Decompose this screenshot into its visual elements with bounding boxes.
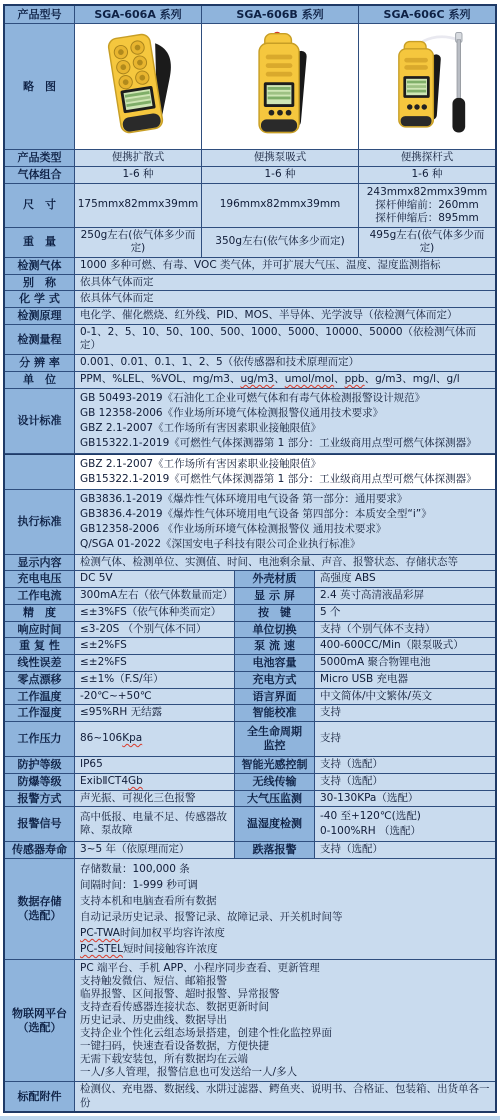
row-data-storage: 数据存储 （选配） 存储数量：100,000 条 间隔时间：1-999 秒可调 … <box>5 859 495 960</box>
spellcheck-marked-text: Gb <box>128 775 143 789</box>
model-name-sga-606a: SGA-606A 系列 <box>75 6 202 23</box>
row-label-charge-voltage: 充电电压 <box>5 571 75 587</box>
dimensions-b: 196mmx82mmx39mm <box>202 184 359 227</box>
display-screen-value: 2.4 英寸高清液晶彩屏 <box>315 588 495 604</box>
model-name-sga-606c: SGA-606C 系列 <box>359 6 495 23</box>
row-product-type: 产品类型 便携扩散式 便携泵吸式 便携探杆式 <box>5 150 495 167</box>
row-label-explosion-proof-rating: 防爆等级 <box>5 774 75 790</box>
text-segment: 、 <box>334 373 345 387</box>
standard-line: GB15322.1-2019《可燃性气体探测器第 1 部分：工业级商用点型可燃气… <box>80 436 490 451</box>
page-bottom-strip <box>0 1116 500 1120</box>
explosion-proof-rating-value: ExibⅡCT4 Gb <box>75 774 235 790</box>
alarm-signal-value: 高中低报、电量不足、传感器故障、泵故障 <box>75 807 235 841</box>
detect-principle-value: 电化学、催化燃烧、红外线、PID、MOS、半导体、光学波导（依检测气体而定） <box>75 308 495 324</box>
battery-capacity-value: 5000mA 聚合物锂电池 <box>315 655 495 671</box>
spellcheck-marked-text: Kpa <box>122 732 142 746</box>
spellcheck-marked-text: PC-TWA <box>80 927 120 939</box>
resolution-value: 0.001、0.01、0.1、1、2、5（依传感器和技术原理而定） <box>75 355 495 371</box>
display-content-value: 检测气体、检测单位、实测值、时间、电池剩余量、声音、报警状态、存储状态等 <box>75 555 495 571</box>
spellcheck-marked-text: umol/mol <box>285 373 334 387</box>
storage-line: 自动记录历史记录、报警记录、故障记录、开关机时间等 <box>80 909 490 925</box>
standard-line: GB 50493-2019《石油化工企业可燃气体和有毒气体检测报警设计规范》 <box>80 391 490 406</box>
row-label-wireless-transmission: 无线传输 <box>235 774 315 790</box>
row-execution-standards: 执行标准 GB3836.1-2019《爆炸性气体环境用电气设备 第一部分：通用要… <box>5 490 495 555</box>
row-alarm-signal: 报警信号 高中低报、电量不足、传感器故障、泵故障 温湿度检测 -40 至+120… <box>5 807 495 842</box>
row-label-alias: 别 称 <box>5 275 75 291</box>
row-label-charge-method: 充电方式 <box>235 672 315 688</box>
row-label-buttons: 按 键 <box>235 605 315 621</box>
working-humidity-value: ≤95%RH 无结露 <box>75 705 235 721</box>
row-working-temperature: 工作温度 -20℃~+50℃ 语言界面 中文简体/中文繁体/英文 <box>5 689 495 706</box>
row-protection-rating: 防护等级 IP65 智能光感控制 支持（选配） <box>5 757 495 774</box>
row-label-iot-platform: 物联网平台 （选配） <box>5 960 75 1081</box>
row-label-pump-flow: 泵 流 速 <box>235 638 315 654</box>
language-value: 中文简体/中文繁体/英文 <box>315 689 495 705</box>
iot-line: PC 端平台、手机 APP、小程序同步查看、更新管理 <box>80 962 490 975</box>
alias-value: 依具体气体而定 <box>75 275 495 291</box>
standard-line: GB 12358-2006《作业场所环境气体检测报警仪通用技术要求》 <box>80 406 490 421</box>
row-product-model: 产品型号 SGA-606A 系列 SGA-606B 系列 SGA-606C 系列 <box>5 6 495 24</box>
weight-c: 495g左右(依气体多少而定) <box>359 228 495 257</box>
row-sensor-life: 传感器寿命 3~5 年（依原理而定） 跌落报警 支持（选配） <box>5 842 495 859</box>
buttons-value: 5 个 <box>315 605 495 621</box>
row-label-working-pressure: 工作压力 <box>5 722 75 756</box>
standard-line: GB3836.1-2019《爆炸性气体环境用电气设备 第一部分：通用要求》 <box>80 492 490 507</box>
standard-line: GB15322.1-2019《可燃性气体探测器第 1 部分：工业级商用点型可燃气… <box>80 472 490 487</box>
row-label-linearity-error: 线性误差 <box>5 655 75 671</box>
row-label-units: 单 位 <box>5 372 75 388</box>
text-segment: 短时间接触容许浓度 <box>123 943 218 955</box>
linearity-error-value: ≤±2%FS <box>75 655 235 671</box>
row-label-zero-drift: 零点漂移 <box>5 672 75 688</box>
dimensions-a: 175mmx82mmx39mm <box>75 184 202 227</box>
weight-b: 350g左右(依气体多少而定) <box>202 228 359 257</box>
design-standards-list: GB 50493-2019《石油化工企业可燃气体和有毒气体检测报警设计规范》 G… <box>75 389 495 453</box>
temp-humidity-line: 0-100%RH （选配） <box>320 824 490 839</box>
gas-detector-diffusion-icon <box>90 28 186 146</box>
row-display-content: 显示内容 检测气体、检测单位、实测值、时间、电池剩余量、声音、报警状态、存储状态… <box>5 555 495 572</box>
iot-line: 历史记录、历史曲线、数据导出 <box>80 1014 490 1027</box>
row-label-empty <box>5 455 75 489</box>
accuracy-value: ≤±3%FS（依气体种类而定） <box>75 605 235 621</box>
row-label-detect-gas: 检测气体 <box>5 258 75 274</box>
row-label-sensor-life: 传感器寿命 <box>5 842 75 858</box>
row-chemical-formula: 化 学 式 依具体气体而定 <box>5 291 495 308</box>
spec-sheet-page: 产品型号 SGA-606A 系列 SGA-606B 系列 SGA-606C 系列… <box>0 0 500 1120</box>
product-type-c: 便携探杆式 <box>359 150 495 166</box>
detect-range-value: 0-1、2、5、10、50、100、500、1000、5000、10000、50… <box>75 325 495 354</box>
row-label-working-humidity: 工作湿度 <box>5 705 75 721</box>
row-weight: 重 量 250g左右(依气体多少而定) 350g左右(依气体多少而定) 495g… <box>5 228 495 258</box>
row-label-alarm-signal: 报警信号 <box>5 807 75 841</box>
row-response-time: 响应时间 ≤3-20S （个别气体不同） 单位切换 支持（个别气体不支持） <box>5 622 495 639</box>
row-accessories: 标配附件 检测仪、充电器、数据线、水阱过滤器、鳄鱼夹、说明书、合格证、包装箱、出… <box>5 1082 495 1111</box>
storage-line: 支持本机和电脑查看所有数据 <box>80 893 490 909</box>
sensor-life-value: 3~5 年（依原理而定） <box>75 842 235 858</box>
chemical-formula-value: 依具体气体而定 <box>75 291 495 307</box>
temp-humidity-line: -40 至+120℃(选配) <box>320 809 490 824</box>
row-label-lifecycle-monitor: 全生命周期 监控 <box>235 722 315 756</box>
row-label-gas-combination: 气体组合 <box>5 167 75 183</box>
standard-line: GBZ 2.1-2007《工作场所有害因素职业接触限值》 <box>80 457 490 472</box>
alarm-method-value: 声光振、可视化三色报警 <box>75 791 235 807</box>
row-label-smart-calibration: 智能校准 <box>235 705 315 721</box>
units-value: PPM、%LEL、%VOL、mg/m3、ug/m3、umol/mol、ppb、g… <box>75 372 495 388</box>
gas-combo-c: 1-6 种 <box>359 167 495 183</box>
row-detect-range: 检测量程 0-1、2、5、10、50、100、500、1000、5000、100… <box>5 325 495 355</box>
weight-a: 250g左右(依气体多少而定) <box>75 228 202 257</box>
wireless-transmission-value: 支持（选配） <box>315 774 495 790</box>
spellcheck-marked-text: ppb <box>345 373 365 387</box>
row-dimensions: 尺 寸 175mmx82mmx39mm 196mmx82mmx39mm 243m… <box>5 184 495 228</box>
row-label-shell-material: 外壳材质 <box>235 571 315 587</box>
iot-line: 支持企业个性化云组态场景搭建，创建个性化监控界面 <box>80 1027 490 1040</box>
iot-line: 无需下载安装包，所有数据均在云端 <box>80 1053 490 1066</box>
working-temperature-value: -20℃~+50℃ <box>75 689 235 705</box>
lifecycle-monitor-value: 支持 <box>315 722 495 756</box>
iot-platform-list: PC 端平台、手机 APP、小程序同步查看、更新管理 支持触发微信、短信、邮箱报… <box>75 960 495 1081</box>
row-label-accuracy: 精 度 <box>5 605 75 621</box>
gas-detector-probe-icon <box>377 28 477 146</box>
gas-combo-a: 1-6 种 <box>75 167 202 183</box>
row-detect-principle: 检测原理 电化学、催化燃烧、红外线、PID、MOS、半导体、光学波导（依检测气体… <box>5 308 495 325</box>
dimensions-c-line: 探杆伸缩前：260mm <box>375 199 479 212</box>
execution-standards-list: GB3836.1-2019《爆炸性气体环境用电气设备 第一部分：通用要求》 GB… <box>75 490 495 554</box>
row-gas-combination: 气体组合 1-6 种 1-6 种 1-6 种 <box>5 167 495 184</box>
dimensions-c-line: 243mmx82mmx39mm <box>367 186 488 199</box>
product-image-sga-606a <box>75 24 202 149</box>
text-segment: 时间加权平均容许浓度 <box>120 927 225 939</box>
storage-line: 存储数量：100,000 条 <box>80 861 490 877</box>
gas-combo-b: 1-6 种 <box>202 167 359 183</box>
charge-method-value: Micro USB 充电器 <box>315 672 495 688</box>
iot-line: 一人/多人管理，报警信息也可发送给一人/多人 <box>80 1066 490 1079</box>
standard-line: GBZ 2.1-2007《工作场所有害因素职业接触限值》 <box>80 421 490 436</box>
row-label-sketch: 略 图 <box>5 24 75 149</box>
row-label-design-standards: 设计标准 <box>5 389 75 453</box>
zero-drift-value: ≤±1%（F.S/年） <box>75 672 235 688</box>
row-units: 单 位 PPM、%LEL、%VOL、mg/m3、ug/m3、umol/mol、p… <box>5 372 495 389</box>
working-pressure-value: 86~106Kpa <box>75 722 235 756</box>
row-working-humidity: 工作湿度 ≤95%RH 无结露 智能校准 支持 <box>5 705 495 722</box>
detect-gas-value: 1000 多种可燃、有毒、VOC 类气体，并可扩展大气压、温度、湿度监测指标 <box>75 258 495 274</box>
row-label-unit-switch: 单位切换 <box>235 622 315 638</box>
row-charge-voltage: 充电电压 DC 5V 外壳材质 高强度 ABS <box>5 571 495 588</box>
pressure-monitor-value: 30-130KPa（选配） <box>315 791 495 807</box>
row-label-drop-alarm: 跌落报警 <box>235 842 315 858</box>
row-label-alarm-method: 报警方式 <box>5 791 75 807</box>
text-segment: 、g/m3、mg/l、g/l <box>365 373 460 387</box>
row-sketch: 略 图 <box>5 24 495 150</box>
response-time-value: ≤3-20S （个别气体不同） <box>75 622 235 638</box>
row-label-language: 语言界面 <box>235 689 315 705</box>
row-label-detect-range: 检测量程 <box>5 325 75 354</box>
row-label-detect-principle: 检测原理 <box>5 308 75 324</box>
light-sensor-control-value: 支持（选配） <box>315 757 495 773</box>
product-type-b: 便携泵吸式 <box>202 150 359 166</box>
charge-voltage-value: DC 5V <box>75 571 235 587</box>
row-label-weight: 重 量 <box>5 228 75 257</box>
product-image-sga-606b <box>202 24 359 149</box>
row-label-display-content: 显示内容 <box>5 555 75 571</box>
smart-calibration-value: 支持 <box>315 705 495 721</box>
storage-line-pc-twa: PC-TWA时间加权平均容许浓度 <box>80 925 490 941</box>
row-label-response-time: 响应时间 <box>5 622 75 638</box>
iot-line: 临界报警、区间报警、超时报警、异常报警 <box>80 988 490 1001</box>
row-standards-repeat: GBZ 2.1-2007《工作场所有害因素职业接触限值》 GB15322.1-2… <box>5 454 495 490</box>
row-resolution: 分 辨 率 0.001、0.01、0.1、1、2、5（依传感器和技术原理而定） <box>5 355 495 372</box>
row-detect-gas: 检测气体 1000 多种可燃、有毒、VOC 类气体，并可扩展大气压、温度、湿度监… <box>5 258 495 275</box>
row-label-chemical-formula: 化 学 式 <box>5 291 75 307</box>
row-alarm-method: 报警方式 声光振、可视化三色报警 大气压监测 30-130KPa（选配） <box>5 791 495 808</box>
product-image-sga-606c <box>359 24 495 149</box>
row-label-working-current: 工作电流 <box>5 588 75 604</box>
row-iot-platform: 物联网平台 （选配） PC 端平台、手机 APP、小程序同步查看、更新管理 支持… <box>5 960 495 1082</box>
row-label-accessories: 标配附件 <box>5 1082 75 1111</box>
row-linearity-error: 线性误差 ≤±2%FS 电池容量 5000mA 聚合物锂电池 <box>5 655 495 672</box>
data-storage-list: 存储数量：100,000 条 间隔时间：1-999 秒可调 支持本机和电脑查看所… <box>75 859 495 959</box>
spellcheck-marked-text: PC-STEL <box>80 943 123 955</box>
gas-detector-pump-icon <box>232 28 328 146</box>
row-repeatability: 重 复 性 ≤±2%FS 泵 流 速 400-600CC/Min（限泵吸式） <box>5 638 495 655</box>
row-zero-drift: 零点漂移 ≤±1%（F.S/年） 充电方式 Micro USB 充电器 <box>5 672 495 689</box>
shell-material-value: 高强度 ABS <box>315 571 495 587</box>
row-alias: 别 称 依具体气体而定 <box>5 275 495 292</box>
row-working-current: 工作电流 300mA左右（依气体数量而定） 显 示 屏 2.4 英寸高清液晶彩屏 <box>5 588 495 605</box>
row-label-pressure-monitor: 大气压监测 <box>235 791 315 807</box>
row-working-pressure: 工作压力 86~106Kpa 全生命周期 监控 支持 <box>5 722 495 757</box>
drop-alarm-value: 支持（选配） <box>315 842 495 858</box>
row-label-dimensions: 尺 寸 <box>5 184 75 227</box>
standards-repeat-list: GBZ 2.1-2007《工作场所有害因素职业接触限值》 GB15322.1-2… <box>75 455 495 489</box>
temp-humidity-detect-value: -40 至+120℃(选配) 0-100%RH （选配） <box>315 807 495 841</box>
row-label-product-type: 产品类型 <box>5 150 75 166</box>
text-segment: 、 <box>274 373 285 387</box>
row-label-data-storage: 数据存储 （选配） <box>5 859 75 959</box>
iot-line: 支持查看传感器连接状态、数据更新时间 <box>80 1001 490 1014</box>
row-label-battery-capacity: 电池容量 <box>235 655 315 671</box>
working-current-value: 300mA左右（依气体数量而定） <box>75 588 235 604</box>
spec-table: 产品型号 SGA-606A 系列 SGA-606B 系列 SGA-606C 系列… <box>3 4 497 1113</box>
storage-line-pc-stel: PC-STEL短时间接触容许浓度 <box>80 941 490 957</box>
row-label-execution-standards: 执行标准 <box>5 490 75 554</box>
row-design-standards: 设计标准 GB 50493-2019《石油化工企业可燃气体和有毒气体检测报警设计… <box>5 389 495 454</box>
standard-line: Q/SGA 01-2022《深国安电子科技有限公司企业执行标准》 <box>80 537 490 552</box>
accessories-value: 检测仪、充电器、数据线、水阱过滤器、鳄鱼夹、说明书、合格证、包装箱、出货单各一份 <box>75 1082 495 1111</box>
text-segment: 86~106 <box>80 732 122 746</box>
dimensions-c: 243mmx82mmx39mm 探杆伸缩前：260mm 探杆伸缩后：895mm <box>359 184 495 227</box>
text-segment: PPM、%LEL、%VOL、mg/m3、 <box>80 373 240 387</box>
row-label-product-model: 产品型号 <box>5 6 75 23</box>
row-label-display-screen: 显 示 屏 <box>235 588 315 604</box>
row-label-resolution: 分 辨 率 <box>5 355 75 371</box>
unit-switch-value: 支持（个别气体不支持） <box>315 622 495 638</box>
row-label-light-sensor-control: 智能光感控制 <box>235 757 315 773</box>
row-label-temp-humidity-detect: 温湿度检测 <box>235 807 315 841</box>
dimensions-c-line: 探杆伸缩后：895mm <box>375 212 479 225</box>
storage-line: 间隔时间：1-999 秒可调 <box>80 877 490 893</box>
row-label-protection-rating: 防护等级 <box>5 757 75 773</box>
row-explosion-proof-rating: 防爆等级 ExibⅡCT4 Gb 无线传输 支持（选配） <box>5 774 495 791</box>
spellcheck-marked-text: ug/m3 <box>240 373 274 387</box>
repeatability-value: ≤±2%FS <box>75 638 235 654</box>
row-label-repeatability: 重 复 性 <box>5 638 75 654</box>
text-segment: ExibⅡCT4 <box>80 775 128 789</box>
pump-flow-value: 400-600CC/Min（限泵吸式） <box>315 638 495 654</box>
iot-line: 一键扫码，快速查看设备数据，方便快捷 <box>80 1040 490 1053</box>
model-name-sga-606b: SGA-606B 系列 <box>202 6 359 23</box>
standard-line: GB12358-2006 《作业场所环境气体检测报警仪 通用技术要求》 <box>80 522 490 537</box>
product-type-a: 便携扩散式 <box>75 150 202 166</box>
standard-line: GB3836.4-2019《爆炸性气体环境用电气设备 第四部分：本质安全型“i”… <box>80 507 490 522</box>
row-accuracy: 精 度 ≤±3%FS（依气体种类而定） 按 键 5 个 <box>5 605 495 622</box>
protection-rating-value: IP65 <box>75 757 235 773</box>
row-label-working-temperature: 工作温度 <box>5 689 75 705</box>
iot-line: 支持触发微信、短信、邮箱报警 <box>80 975 490 988</box>
